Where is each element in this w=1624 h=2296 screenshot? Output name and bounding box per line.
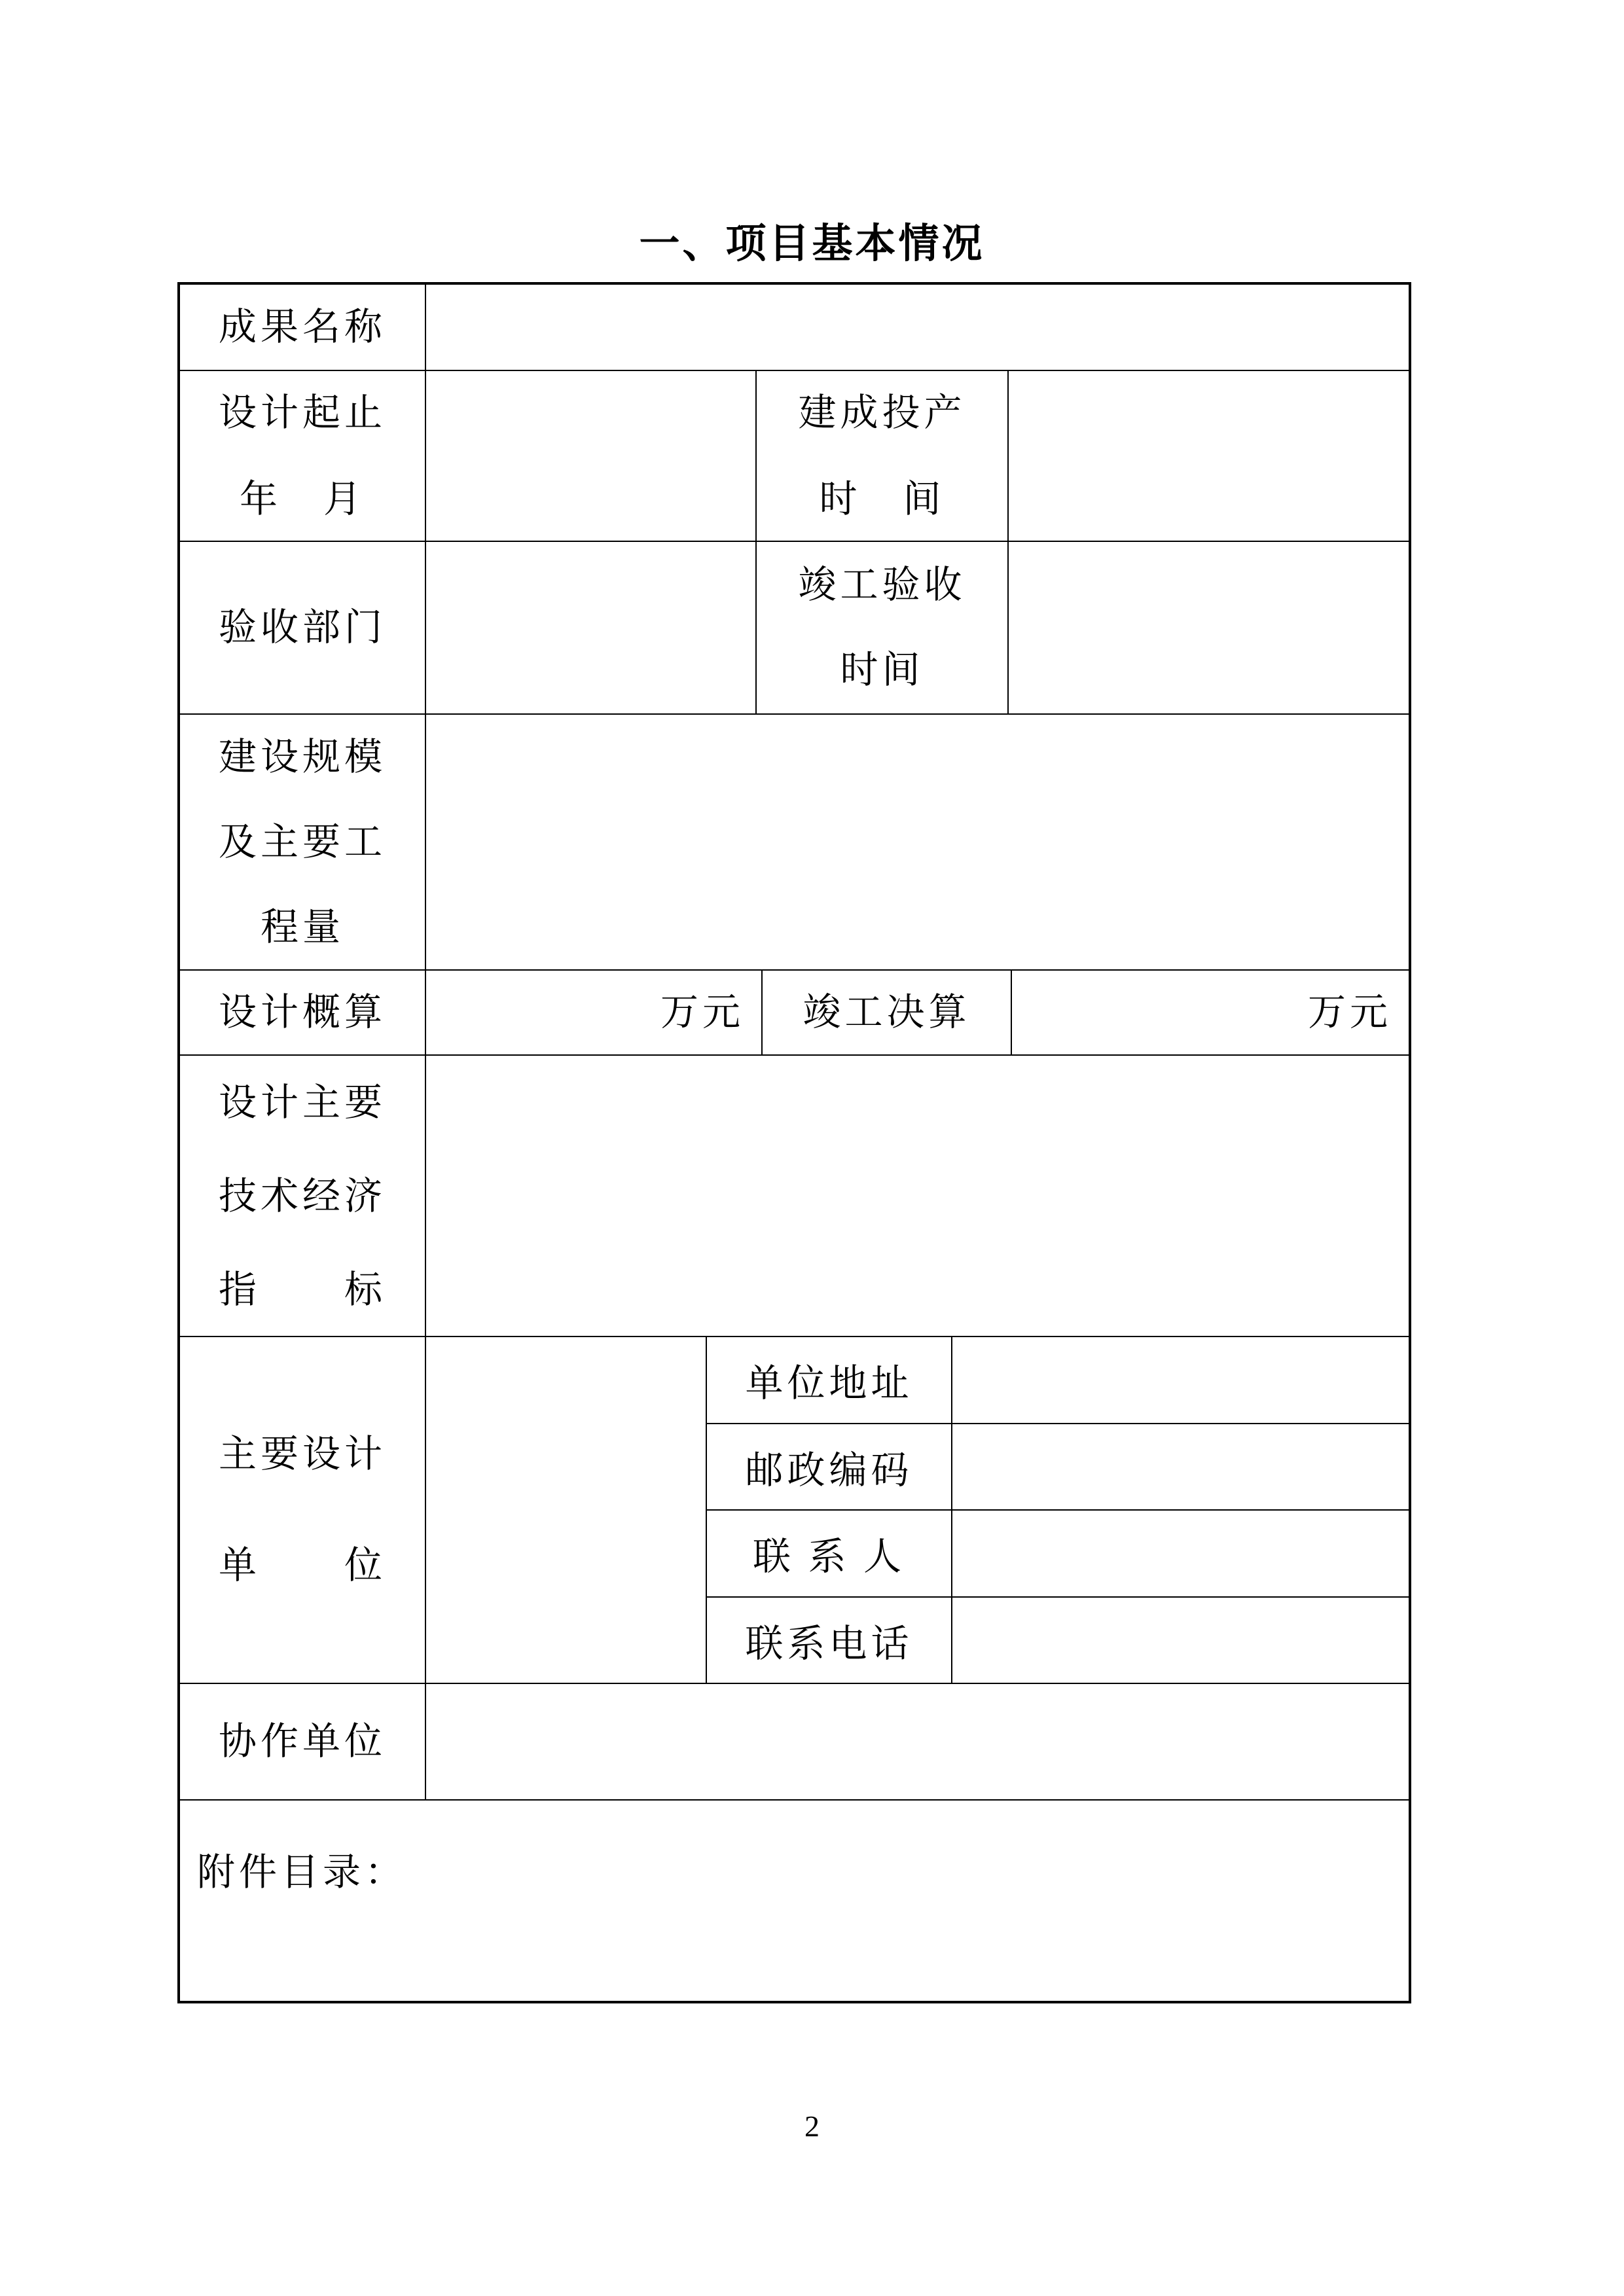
final-account-label: 竣工决算 bbox=[761, 971, 1011, 1054]
postal-code-label: 邮政编码 bbox=[707, 1424, 951, 1510]
commissioning-time-field[interactable] bbox=[1007, 371, 1409, 541]
design-period-label-line1: 设计起止 bbox=[219, 370, 386, 456]
commissioning-time-label-line1: 建成投产 bbox=[798, 370, 965, 456]
row-cooperating-unit: 协作单位 bbox=[180, 1684, 1409, 1801]
construction-scale-label: 建设规模 及主要工 程量 bbox=[180, 715, 425, 969]
construction-scale-label-line3: 程量 bbox=[261, 885, 344, 970]
design-period-label-line2: 年 月 bbox=[240, 456, 365, 543]
construction-scale-field[interactable] bbox=[425, 715, 1409, 969]
technical-indicators-label: 设计主要 技术经济 指 标 bbox=[180, 1056, 425, 1336]
completion-acceptance-time-label-line2: 时间 bbox=[840, 628, 924, 713]
contact-phone-label: 联系电话 bbox=[707, 1598, 951, 1683]
row-construction-scale: 建设规模 及主要工 程量 bbox=[180, 715, 1409, 971]
row-acceptance-department: 验收部门 竣工验收 时间 bbox=[180, 542, 1409, 715]
postal-code-field[interactable] bbox=[951, 1424, 1409, 1510]
design-period-label: 设计起止 年 月 bbox=[180, 371, 425, 541]
unit-address-label: 单位地址 bbox=[707, 1337, 951, 1423]
final-account-field[interactable]: 万元 bbox=[1011, 971, 1409, 1054]
row-technical-indicators: 设计主要 技术经济 指 标 bbox=[180, 1056, 1409, 1337]
row-achievement-name: 成果名称 bbox=[180, 285, 1409, 371]
design-period-field[interactable] bbox=[425, 371, 755, 541]
completion-acceptance-time-label-line1: 竣工验收 bbox=[798, 543, 965, 628]
main-design-unit-label-line2: 单 位 bbox=[219, 1510, 386, 1621]
row-design-period: 设计起止 年 月 建成投产 时 间 bbox=[180, 371, 1409, 542]
completion-acceptance-time-field[interactable] bbox=[1007, 542, 1409, 713]
row-budget: 设计概算 万元 竣工决算 万元 bbox=[180, 971, 1409, 1056]
contact-person-field[interactable] bbox=[951, 1511, 1409, 1596]
acceptance-department-field[interactable] bbox=[425, 542, 755, 713]
attachment-list-label: 附件目录： bbox=[197, 1829, 406, 1916]
technical-indicators-label-line1: 设计主要 bbox=[219, 1056, 386, 1149]
subrow-contact-phone: 联系电话 bbox=[707, 1598, 1409, 1683]
row-main-design-unit: 主要设计 单 位 单位地址 邮政编码 联 系 人 联系电话 bbox=[180, 1337, 1409, 1684]
design-budget-label: 设计概算 bbox=[180, 971, 425, 1054]
construction-scale-label-line2: 及主要工 bbox=[219, 800, 386, 885]
final-account-unit: 万元 bbox=[1308, 969, 1392, 1056]
cooperating-unit-label: 协作单位 bbox=[180, 1684, 425, 1799]
acceptance-department-label: 验收部门 bbox=[180, 542, 425, 713]
subrow-postal-code: 邮政编码 bbox=[707, 1424, 1409, 1511]
cooperating-unit-field[interactable] bbox=[425, 1684, 1409, 1799]
commissioning-time-label: 建成投产 时 间 bbox=[755, 371, 1007, 541]
technical-indicators-label-line2: 技术经济 bbox=[219, 1149, 386, 1243]
attachment-list-cell[interactable]: 附件目录： bbox=[180, 1801, 1409, 2001]
achievement-name-field[interactable] bbox=[425, 285, 1409, 370]
document-page: 一、项目基本情况 成果名称 设计起止 年 月 建成投产 时 间 验收部门 竣 bbox=[0, 0, 1624, 2296]
main-design-unit-field[interactable] bbox=[425, 1337, 706, 1683]
technical-indicators-label-line3: 指 标 bbox=[219, 1243, 386, 1336]
main-design-unit-label-line1: 主要设计 bbox=[219, 1399, 386, 1510]
achievement-name-label: 成果名称 bbox=[180, 285, 425, 370]
subrow-unit-address: 单位地址 bbox=[707, 1337, 1409, 1424]
technical-indicators-field[interactable] bbox=[425, 1056, 1409, 1336]
project-info-table: 成果名称 设计起止 年 月 建成投产 时 间 验收部门 竣工验收 时间 bbox=[177, 282, 1411, 2003]
commissioning-time-label-line2: 时 间 bbox=[819, 456, 945, 543]
page-title: 一、项目基本情况 bbox=[0, 211, 1624, 269]
construction-scale-label-line1: 建设规模 bbox=[219, 715, 386, 800]
design-unit-contact-block: 单位地址 邮政编码 联 系 人 联系电话 bbox=[706, 1337, 1409, 1683]
main-design-unit-label: 主要设计 单 位 bbox=[180, 1337, 425, 1683]
subrow-contact-person: 联 系 人 bbox=[707, 1511, 1409, 1598]
design-budget-unit: 万元 bbox=[660, 969, 744, 1056]
contact-person-label: 联 系 人 bbox=[707, 1511, 951, 1596]
completion-acceptance-time-label: 竣工验收 时间 bbox=[755, 542, 1007, 713]
unit-address-field[interactable] bbox=[951, 1337, 1409, 1423]
design-budget-field[interactable]: 万元 bbox=[425, 971, 761, 1054]
contact-phone-field[interactable] bbox=[951, 1598, 1409, 1683]
page-number: 2 bbox=[0, 2109, 1624, 2144]
row-attachment-list: 附件目录： bbox=[180, 1801, 1409, 2001]
